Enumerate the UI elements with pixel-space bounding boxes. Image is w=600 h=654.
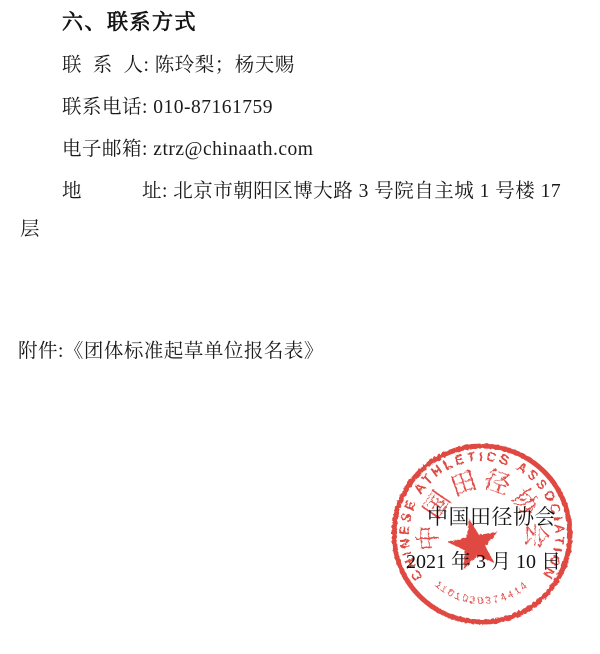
section-heading: 六、联系方式 — [62, 6, 197, 36]
star-icon — [444, 513, 504, 571]
seal-content-group: CHINESE ATHLETICS ASSOCIATION 中国田径协会 110… — [394, 446, 570, 622]
contact-phone-line: 联系电话: 010-87161759 — [62, 91, 273, 119]
contact-address-line-1: 地 址: 北京市朝阳区博大路 3 号院自主城 1 号楼 17 — [62, 175, 561, 203]
contact-email-line: 电子邮箱: ztrz@chinaath.com — [62, 133, 313, 161]
document-page: 六、联系方式 联 系 人: 陈玲梨；杨天赐 联系电话: 010-87161759… — [0, 0, 600, 654]
contact-address-line-2: 层 — [20, 213, 40, 241]
official-seal: CHINESE ATHLETICS ASSOCIATION 中国田径协会 110… — [370, 422, 594, 646]
official-seal-graphic: CHINESE ATHLETICS ASSOCIATION 中国田径协会 110… — [370, 422, 594, 646]
attachment-line: 附件:《团体标准起草单位报名表》 — [18, 335, 324, 363]
seal-serial-number: 1101020374414 — [433, 579, 532, 607]
contact-person-line: 联 系 人: 陈玲梨；杨天赐 — [62, 49, 295, 77]
